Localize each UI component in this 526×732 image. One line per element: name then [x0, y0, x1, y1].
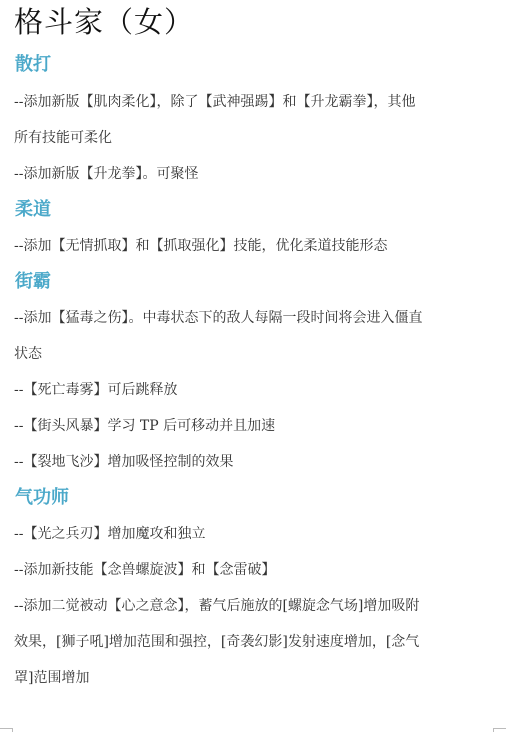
- text-line: --添加新版【升龙拳】。可聚怪: [14, 163, 198, 185]
- text-line: 效果，[狮子吼]增加范围和强控，[奇袭幻影]发射速度增加，[念气: [14, 631, 419, 653]
- section-heading-street-fighter: 街霸: [15, 269, 51, 295]
- section-heading-judo: 柔道: [15, 197, 51, 223]
- page-corner-mark-right: [493, 728, 506, 732]
- text-line: --添加【猛毒之伤】。中毒状态下的敌人每隔一段时间将会进入僵直: [14, 307, 422, 329]
- text-line: 罩]范围增加: [14, 667, 89, 689]
- text-line: 所有技能可柔化: [14, 127, 112, 149]
- text-line: --【街头风暴】学习 TP 后可移动并且加速: [14, 415, 275, 437]
- page-title: 格斗家（女）: [14, 2, 194, 42]
- section-heading-nen-master: 气功师: [15, 485, 69, 511]
- text-line: --添加新版【肌肉柔化】，除了【武神强踢】和【升龙霸拳】，其他: [14, 91, 415, 113]
- text-line: --【裂地飞沙】增加吸怪控制的效果: [14, 451, 233, 473]
- text-line: --添加新技能【念兽螺旋波】和【念雷破】: [14, 559, 275, 581]
- text-line: --添加二觉被动【心之意念】，蓄气后施放的[螺旋念气场]增加吸附: [14, 595, 419, 617]
- text-line: --添加【无情抓取】和【抓取强化】技能，优化柔道技能形态: [14, 235, 387, 257]
- text-line: --【死亡毒雾】可后跳释放: [14, 379, 177, 401]
- document-page: 格斗家（女） 散打 --添加新版【肌肉柔化】，除了【武神强踢】和【升龙霸拳】，其…: [0, 0, 526, 732]
- page-corner-mark-left: [0, 728, 13, 732]
- section-heading-sanda: 散打: [15, 52, 51, 78]
- text-line: --【光之兵刃】增加魔攻和独立: [14, 523, 205, 545]
- text-line: 状态: [14, 343, 42, 365]
